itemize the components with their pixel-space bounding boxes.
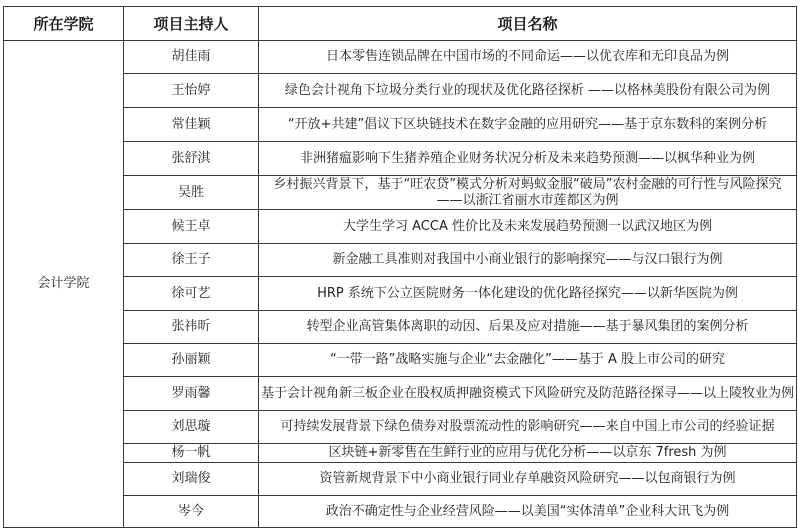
projects-table: 所在学院 项目主持人 项目名称 会计学院胡佳雨日本零售连锁品牌在中国市场的不同命… bbox=[3, 6, 797, 528]
header-row: 所在学院 项目主持人 项目名称 bbox=[4, 7, 797, 41]
project-title-cell: 政治不确定性与企业经营风险——以美国“实体清单”企业科大讯飞为例 bbox=[259, 496, 797, 528]
header-host: 项目主持人 bbox=[124, 7, 259, 41]
table-row: 会计学院胡佳雨日本零售连锁品牌在中国市场的不同命运——以优衣库和无印良品为例 bbox=[4, 41, 797, 74]
host-cell: 王怡婷 bbox=[124, 74, 259, 108]
host-cell: 候王卓 bbox=[124, 210, 259, 244]
project-title-cell: 大学生学习 ACCA 性价比及未来发展趋势预测一以武汉地区为例 bbox=[259, 210, 797, 244]
project-title-cell: 区块链+新零售在生鲜行业的应用与优化分析——以京东 7fresh 为例 bbox=[259, 444, 797, 463]
project-title-cell: 乡村振兴背景下，基于“旺农贷”模式分析对蚂蚁金服“破局”农村金融的可行性与风险探… bbox=[259, 176, 797, 210]
host-cell: 吴胜 bbox=[124, 176, 259, 210]
project-title-line1: 乡村振兴背景下，基于“旺农贷”模式分析对蚂蚁金服“破局”农村金融的可行性与风险探… bbox=[259, 177, 796, 193]
host-cell: 张祎昕 bbox=[124, 311, 259, 344]
project-title-line2: ——以浙江省丽水市莲都区为例 bbox=[259, 193, 796, 209]
project-title-cell: HRP 系统下公立医院财务一体化建设的优化路径探究——以新华医院为例 bbox=[259, 277, 797, 311]
header-project-title: 项目名称 bbox=[259, 7, 797, 41]
host-cell: 罗雨馨 bbox=[124, 377, 259, 411]
project-title-cell: 非洲猪瘟影响下生猪养殖企业财务状况分析及未来趋势预测——以枫华种业为例 bbox=[259, 142, 797, 176]
project-title-cell: 可持续发展背景下绿色债券对股票流动性的影响研究——来自中国上市公司的经验证据 bbox=[259, 411, 797, 444]
host-cell: 岑今 bbox=[124, 496, 259, 528]
project-title-cell: “开放+共建”倡议下区块链技术在数字金融的应用研究——基于京东数科的案例分析 bbox=[259, 108, 797, 142]
project-title-cell: 资管新规背景下中小商业银行同业存单融资风险研究——以包商银行为例 bbox=[259, 463, 797, 496]
host-cell: 孙丽颖 bbox=[124, 344, 259, 377]
host-cell: 张舒淇 bbox=[124, 142, 259, 176]
host-cell: 胡佳雨 bbox=[124, 41, 259, 74]
header-department: 所在学院 bbox=[4, 7, 124, 41]
project-title-cell: 新金融工具准则对我国中小商业银行的影响探究——与汉口银行为例 bbox=[259, 244, 797, 277]
project-title-cell: 转型企业高管集体离职的动因、后果及应对措施——基于暴风集团的案例分析 bbox=[259, 311, 797, 344]
host-cell: 常佳颖 bbox=[124, 108, 259, 142]
host-cell: 徐可艺 bbox=[124, 277, 259, 311]
project-title-cell: 日本零售连锁品牌在中国市场的不同命运——以优衣库和无印良品为例 bbox=[259, 41, 797, 74]
project-title-cell: 基于会计视角新三板企业在股权质押融资模式下风险研究及防范路径探寻——以上陵牧业为… bbox=[259, 377, 797, 411]
department-cell: 会计学院 bbox=[4, 41, 124, 528]
host-cell: 刘思璇 bbox=[124, 411, 259, 444]
project-title-cell: “一带一路”战略实施与企业“去金融化”——基于 A 股上市公司的研究 bbox=[259, 344, 797, 377]
host-cell: 刘瑞俊 bbox=[124, 463, 259, 496]
host-cell: 杨一帆 bbox=[124, 444, 259, 463]
table-body: 会计学院胡佳雨日本零售连锁品牌在中国市场的不同命运——以优衣库和无印良品为例王怡… bbox=[4, 41, 797, 528]
host-cell: 徐王子 bbox=[124, 244, 259, 277]
project-title-cell: 绿色会计视角下垃圾分类行业的现状及优化路径探析 ——以格林美股份有限公司为例 bbox=[259, 74, 797, 108]
